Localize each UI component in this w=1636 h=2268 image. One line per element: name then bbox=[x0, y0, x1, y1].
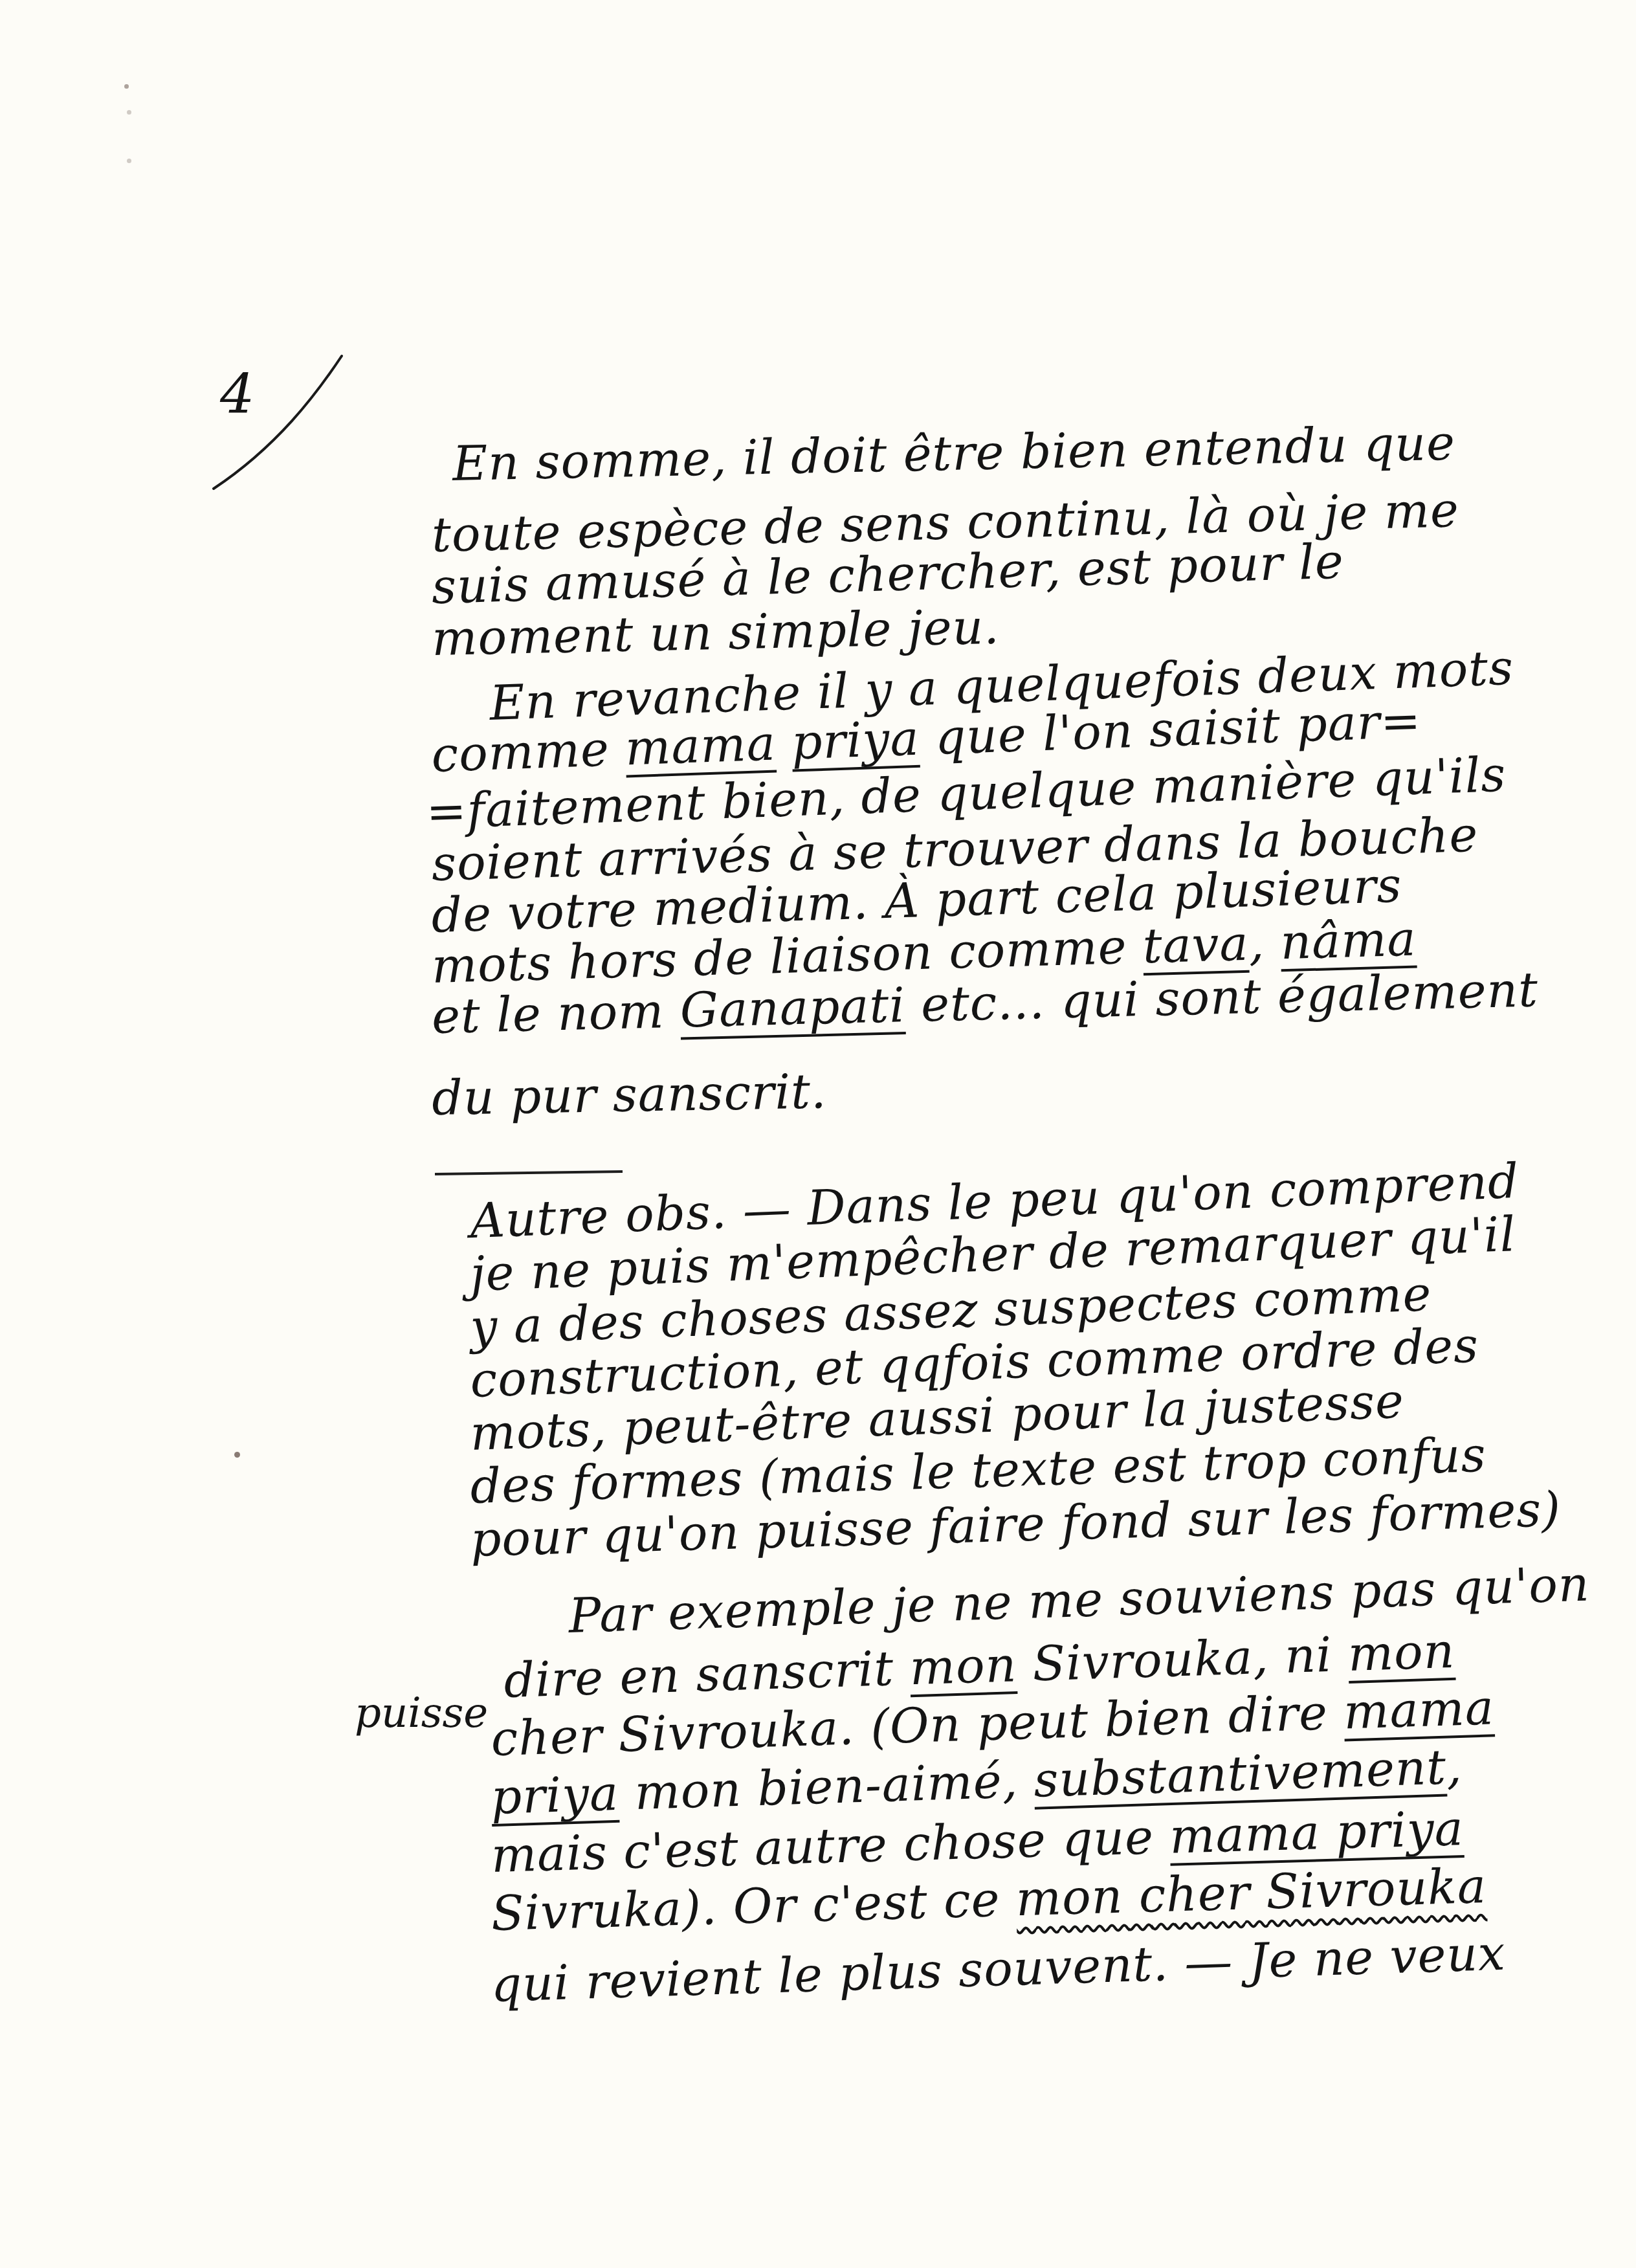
paper-speck bbox=[127, 110, 131, 115]
paper-speck bbox=[127, 159, 131, 163]
line-text: , bbox=[1248, 915, 1281, 971]
underlined-phrase-mon-cher-sivrouka: mon cher Sivrouka bbox=[1015, 1858, 1488, 1927]
underlined-word-mon: mon bbox=[1347, 1623, 1456, 1682]
underlined-phrase-mama-priya: mama priya bbox=[1169, 1801, 1465, 1865]
page-number-slash bbox=[206, 350, 361, 492]
line-text: et le nom bbox=[431, 983, 681, 1045]
line-text: du pur sanscrit. bbox=[432, 1063, 827, 1126]
line-text: dire en sanscrit bbox=[503, 1640, 911, 1709]
text-line-4: moment un simple jeu. bbox=[431, 603, 1000, 663]
paper-speck bbox=[234, 1452, 240, 1458]
line-text: mon bien-aimé, bbox=[618, 1753, 1035, 1821]
underlined-word-tava: tava bbox=[1142, 916, 1250, 975]
underlined-word-priya: priya bbox=[791, 711, 920, 771]
text-line-1: En somme, il doit être bien entendu que bbox=[452, 419, 1455, 488]
text-line-26: qui revient le plus souvent. — Je ne veu… bbox=[491, 1929, 1507, 2009]
underlined-word-substantivement: substantivement bbox=[1033, 1740, 1447, 1808]
underlined-word-priya: priya bbox=[490, 1766, 619, 1825]
line-text: comme bbox=[430, 721, 626, 783]
line-text: moment un simple jeu. bbox=[431, 599, 1000, 667]
manuscript-page: 4 En somme, il doit être bien entendu qu… bbox=[0, 0, 1636, 2268]
line-text: Sivrouka, ni bbox=[1016, 1627, 1349, 1693]
underlined-word-mama: mama bbox=[1343, 1680, 1495, 1740]
margin-insertion-puisse: puisse bbox=[355, 1689, 488, 1737]
underlined-word-ganapati: Ganapati bbox=[680, 977, 906, 1038]
text-line-12: du pur sanscrit. bbox=[432, 1067, 827, 1122]
line-text: qui revient le plus souvent. — Je ne veu… bbox=[490, 1926, 1506, 2013]
underlined-word-mama: mama bbox=[625, 715, 777, 776]
line-text: , bbox=[1446, 1739, 1463, 1795]
underlined-word-mon: mon bbox=[909, 1637, 1017, 1696]
line-text: Sivruka). Or c'est ce bbox=[491, 1871, 1017, 1942]
line-text: En somme, il doit être bien entendu que bbox=[452, 416, 1455, 492]
underlined-word-nama: nâma bbox=[1279, 911, 1417, 971]
paper-speck bbox=[124, 84, 129, 89]
line-text bbox=[775, 715, 793, 772]
section-divider bbox=[435, 1170, 623, 1175]
